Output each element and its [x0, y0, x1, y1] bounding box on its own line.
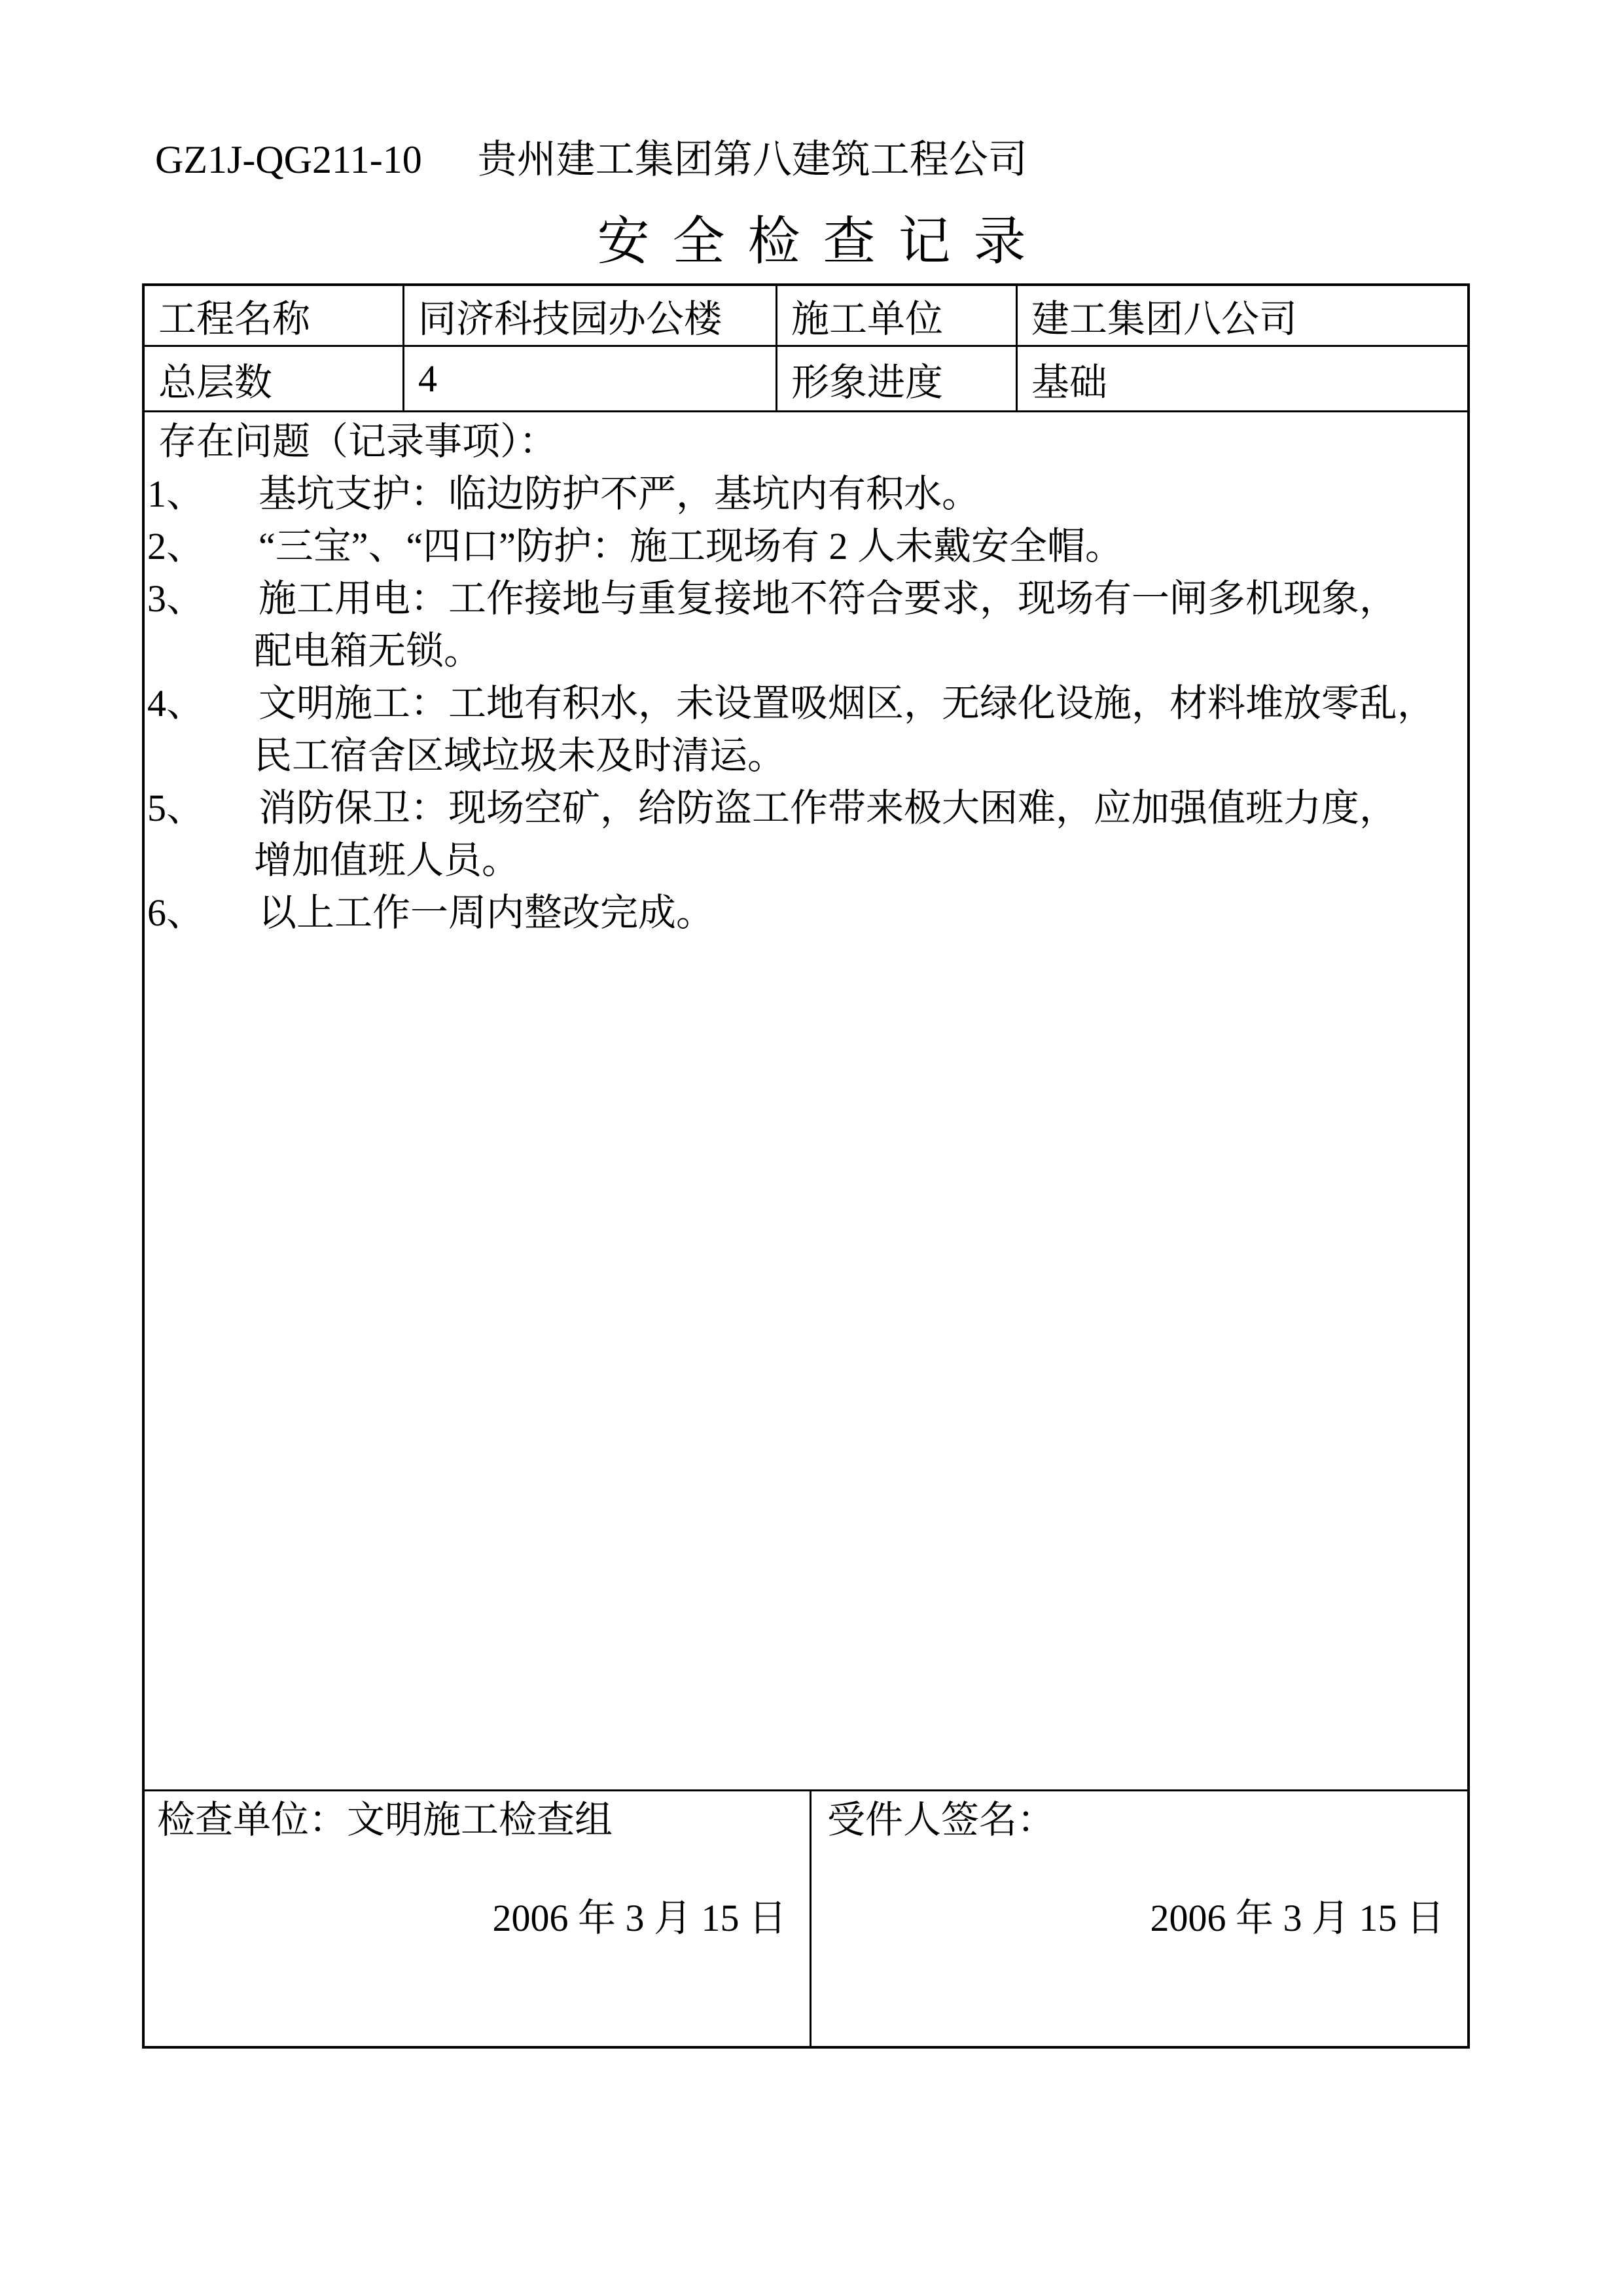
project-name-label: 工程名称 [145, 286, 404, 347]
item-number: 6、 [147, 887, 259, 939]
problem-item-5: 5、 消防保卫：现场空矿，给防盗工作带来极大困难，应加强值班力度， [147, 782, 1467, 834]
inspection-unit-line: 检查单位：文明施工检查组 [145, 1794, 810, 1846]
item-number: 3、 [147, 573, 259, 625]
table-row: 总层数 4 形象进度 基础 [145, 347, 1467, 412]
progress-value: 基础 [1018, 347, 1467, 412]
inspection-unit-cell: 检查单位：文明施工检查组 2006 年 3 月 15 日 [145, 1791, 811, 2046]
item-number: 4、 [147, 677, 259, 730]
problem-item-6: 6、 以上工作一周内整改完成。 [147, 887, 1467, 939]
item-text: 消防保卫：现场空矿，给防盗工作带来极大困难，应加强值班力度， [259, 782, 1397, 834]
item-number: 2、 [147, 520, 259, 573]
problem-item-4: 4、 文明施工：工地有积水，未设置吸烟区，无绿化设施，材料堆放零乱， [147, 677, 1467, 730]
floors-label: 总层数 [145, 347, 404, 412]
item-number: 5、 [147, 782, 259, 834]
inspection-unit-label: 检查单位： [157, 1799, 347, 1841]
document-page: GZ1J-QG211-10贵州建工集团第八建筑工程公司 安全检查记录 工程名称 … [0, 0, 1623, 2296]
problems-section: 存在问题（记录事项）： 1、 基坑支护：临边防护不严，基坑内有积水。 2、 “三… [145, 412, 1467, 1791]
problem-item-3: 3、 施工用电：工作接地与重复接地不符合要求，现场有一闸多机现象， [147, 573, 1467, 625]
item-text-continued: 增加值班人员。 [254, 834, 1467, 887]
item-text: 施工用电：工作接地与重复接地不符合要求，现场有一闸多机现象， [259, 573, 1397, 625]
item-number: 1、 [147, 468, 259, 520]
recipient-cell: 受件人签名： 2006 年 3 月 15 日 [811, 1791, 1467, 2046]
item-text-continued: 民工宿舍区域垃圾未及时清运。 [254, 730, 1467, 782]
signature-row: 检查单位：文明施工检查组 2006 年 3 月 15 日 受件人签名： 2006… [145, 1791, 1467, 2046]
form-code: GZ1J-QG211-10 [155, 138, 422, 181]
progress-label: 形象进度 [777, 347, 1018, 412]
recipient-date: 2006 年 3 月 15 日 [811, 1892, 1467, 1945]
item-text-continued: 配电箱无锁。 [254, 625, 1467, 677]
document-header: GZ1J-QG211-10贵州建工集团第八建筑工程公司 [155, 139, 1027, 181]
table-row: 工程名称 同济科技园办公楼 施工单位 建工集团八公司 [145, 286, 1467, 347]
floors-value: 4 [404, 347, 777, 412]
item-text: 以上工作一周内整改完成。 [259, 887, 714, 939]
inspection-unit-value: 文明施工检查组 [347, 1799, 613, 1841]
page-title: 安全检查记录 [0, 211, 1623, 274]
problem-item-1: 1、 基坑支护：临边防护不严，基坑内有积水。 [147, 468, 1467, 520]
inspection-form-table: 工程名称 同济科技园办公楼 施工单位 建工集团八公司 总层数 4 形象进度 基础… [142, 283, 1470, 2049]
inspection-date: 2006 年 3 月 15 日 [145, 1892, 810, 1945]
item-text: “三宝”、“四口”防护：施工现场有 2 人未戴安全帽。 [259, 520, 1123, 573]
builder-value: 建工集团八公司 [1018, 286, 1467, 347]
problems-heading: 存在问题（记录事项）： [145, 416, 1467, 468]
company-name: 贵州建工集团第八建筑工程公司 [478, 138, 1027, 181]
item-text: 基坑支护：临边防护不严，基坑内有积水。 [259, 468, 980, 520]
project-name-value: 同济科技园办公楼 [404, 286, 777, 347]
recipient-signature-label: 受件人签名： [811, 1794, 1467, 1846]
builder-label: 施工单位 [777, 286, 1018, 347]
problem-item-2: 2、 “三宝”、“四口”防护：施工现场有 2 人未戴安全帽。 [147, 520, 1467, 573]
item-text: 文明施工：工地有积水，未设置吸烟区，无绿化设施，材料堆放零乱， [259, 677, 1435, 730]
